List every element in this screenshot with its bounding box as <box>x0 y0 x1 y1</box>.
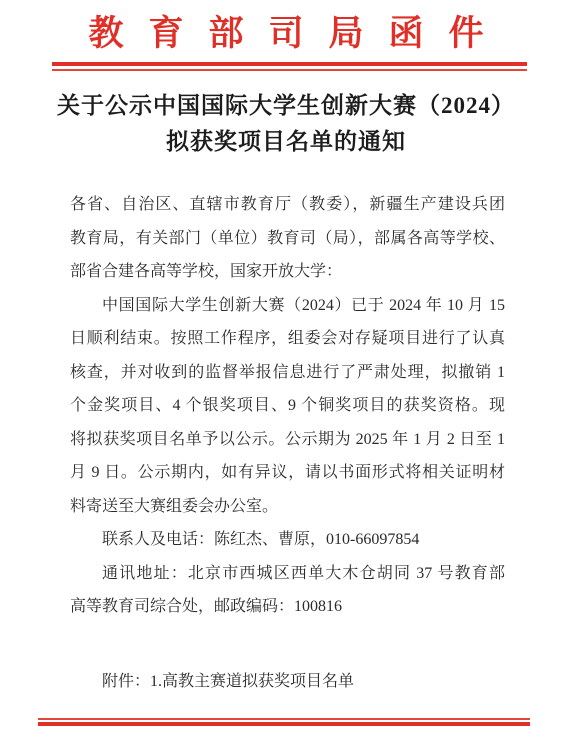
document-page: 教育部司局函件 关于公示中国国际大学生创新大赛（2024） 拟获奖项目名单的通知… <box>0 0 572 750</box>
body-line: 月 9 日。公示期内，如有异议，请以书面形式将相关证明材 <box>70 456 505 490</box>
body-line: 中国国际大学生创新大赛（2024）已于 2024 年 10 月 15 <box>70 289 505 323</box>
header-divider <box>52 62 527 71</box>
header-divider-thin-line <box>52 69 527 71</box>
body-line: 料寄送至大赛组委会办公室。 <box>70 490 505 524</box>
contact-line: 联系人及电话：陈红杰、曹原，010-66097854 <box>70 523 505 557</box>
body-line: 教育局，有关部门（单位）教育司（局），部属各高等学校、 <box>70 222 505 256</box>
letterhead-title: 教育部司局函件 <box>0 0 572 56</box>
footer-divider <box>38 718 530 726</box>
document-body: 各省、自治区、直辖市教育厅（教委），新疆生产建设兵团 教育局，有关部门（单位）教… <box>70 188 505 698</box>
attachment-line: 附件：1.高教主赛道拟获奖项目名单 <box>70 665 505 699</box>
document-title-line-1: 关于公示中国国际大学生创新大赛（2024） <box>0 88 572 124</box>
body-line: 各省、自治区、直辖市教育厅（教委），新疆生产建设兵团 <box>70 188 505 222</box>
body-line: 个金奖项目、4 个银奖项目、9 个铜奖项目的获奖资格。现 <box>70 389 505 423</box>
body-line: 日顺利结束。按照工作程序，组委会对存疑项目进行了认真 <box>70 322 505 356</box>
address-line-2: 高等教育司综合处，邮政编码：100816 <box>70 590 505 624</box>
address-line: 通讯地址：北京市西城区西单大木仓胡同 37 号教育部 <box>70 557 505 591</box>
body-line: 部省合建各高等学校，国家开放大学： <box>70 255 505 289</box>
body-line: 核查，并对收到的监督举报信息进行了严肃处理，拟撤销 1 <box>70 356 505 390</box>
footer-divider-thick-line <box>38 722 530 726</box>
body-line: 将拟获奖项目名单予以公示。公示期为 2025 年 1 月 2 日至 1 <box>70 423 505 457</box>
document-title: 关于公示中国国际大学生创新大赛（2024） 拟获奖项目名单的通知 <box>0 88 572 160</box>
document-title-line-2: 拟获奖项目名单的通知 <box>0 124 572 160</box>
